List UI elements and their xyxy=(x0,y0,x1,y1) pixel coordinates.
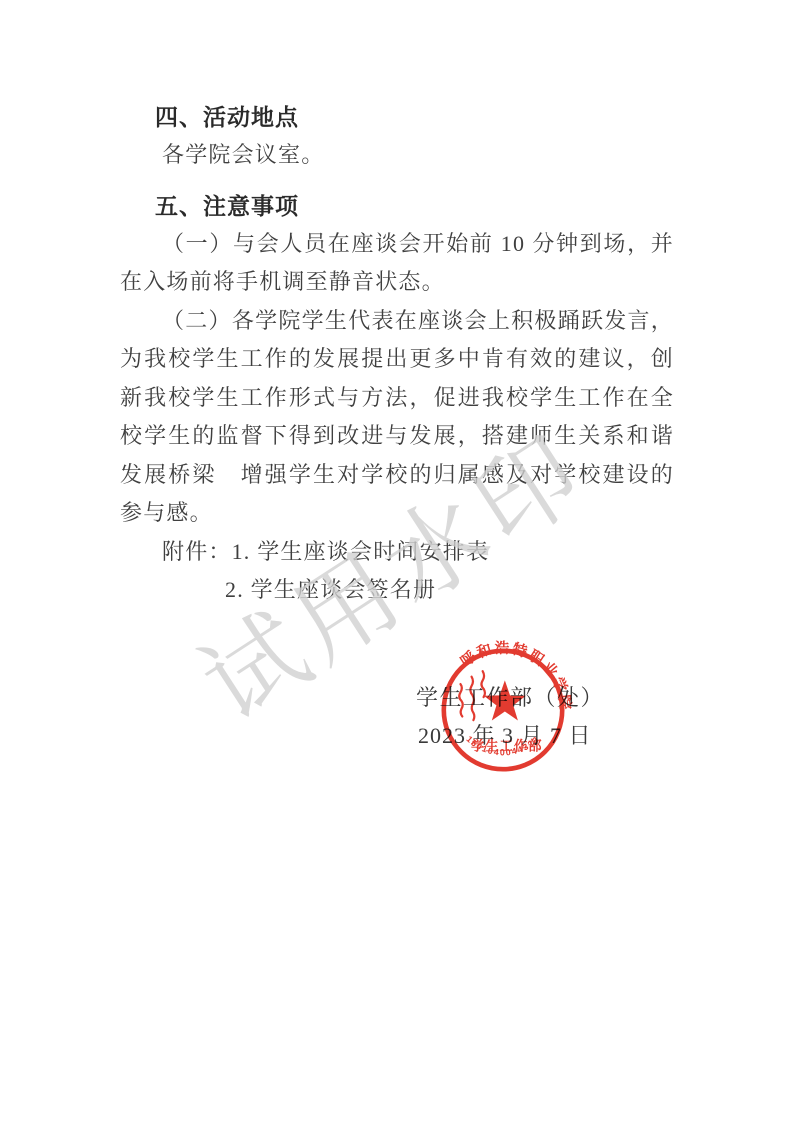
attachment-item-2: 2. 学生座谈会签名册 xyxy=(225,577,436,602)
document-body: 四、活动地点 各学院会议室。 五、注意事项 （一）与会人员在座谈会开始前 10 … xyxy=(120,98,674,610)
document-page: 四、活动地点 各学院会议室。 五、注意事项 （一）与会人员在座谈会开始前 10 … xyxy=(0,0,794,1123)
mongolian-script-icon xyxy=(459,684,463,716)
attachment-line-2: 2. 学生座谈会签名册 xyxy=(120,571,674,610)
official-seal: 呼和浩特职业学院 学生工作部 1501040044323 xyxy=(429,636,577,784)
section4-body: 各学院会议室。 xyxy=(120,136,674,175)
section5-item2: （二）各学院学生代表在座谈会上积极踊跃发言，为我校学生工作的发展提出更多中肯有效… xyxy=(120,302,674,533)
attachment-label: 附件： xyxy=(162,539,232,564)
section5-item1: （一）与会人员在座谈会开始前 10 分钟到场，并在入场前将手机调至静音状态。 xyxy=(120,225,674,302)
section5-heading: 五、注意事项 xyxy=(120,187,674,225)
mongolian-script-icon xyxy=(470,677,474,720)
attachment-line-1: 附件：1. 学生座谈会时间安排表 xyxy=(120,533,674,572)
section4-heading: 四、活动地点 xyxy=(120,98,674,136)
mongolian-script-icon xyxy=(481,671,485,697)
red-star-icon xyxy=(484,680,526,720)
attachment-item-1: 1. 学生座谈会时间安排表 xyxy=(232,539,490,564)
